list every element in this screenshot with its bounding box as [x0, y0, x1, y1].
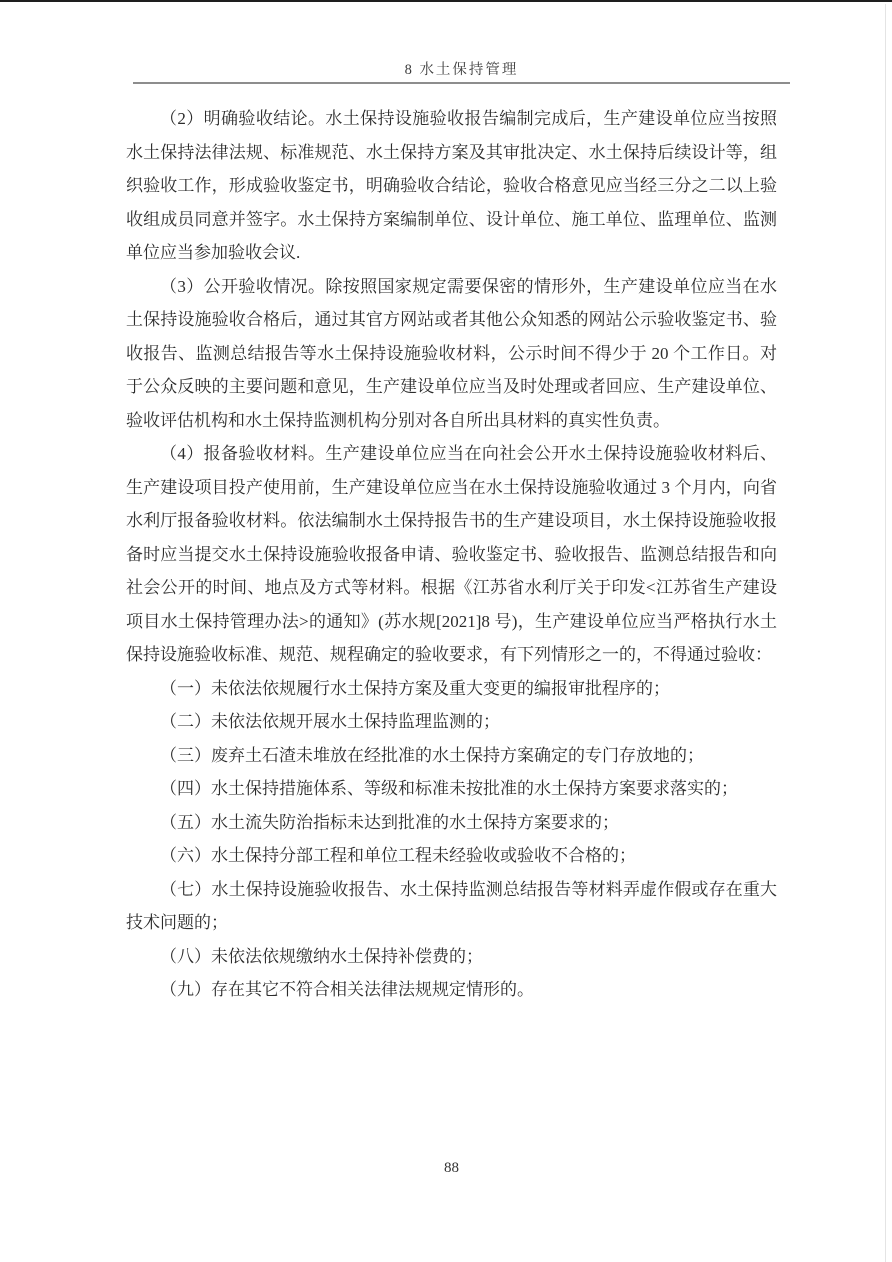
- clause-item-1: （一）未依法依规履行水土保持方案及重大变更的编报审批程序的；: [126, 672, 777, 706]
- clause-item-2: （二）未依法依规开展水土保持监理监测的；: [126, 705, 777, 739]
- clause-item-5: （五）水土流失防治指标未达到批准的水土保持方案要求的；: [126, 806, 777, 840]
- paragraph-2-acceptance-conclusion: （2）明确验收结论。水土保持设施验收报告编制完成后，生产建设单位应当按照水土保持…: [126, 102, 777, 270]
- clause-item-4: （四）水土保持措施体系、等级和标准未按批准的水土保持方案要求落实的；: [126, 772, 777, 806]
- header-rule: [133, 82, 790, 84]
- clause-item-7: （七）水土保持设施验收报告、水土保持监测总结报告等材料弄虚作假或存在重大技术问题…: [126, 873, 777, 940]
- running-header-title: 8 水土保持管理: [133, 61, 790, 79]
- scan-edge-line: [885, 4, 886, 1262]
- page-number: 88: [126, 1160, 777, 1177]
- clause-item-9: （九）存在其它不符合相关法律法规规定情形的。: [126, 973, 777, 1007]
- paragraph-4-filing-materials: （4）报备验收材料。生产建设单位应当在向社会公开水土保持设施验收材料后、生产建设…: [126, 437, 777, 672]
- paragraph-3-public-disclosure: （3）公开验收情况。除按照国家规定需要保密的情形外，生产建设单位应当在水土保持设…: [126, 270, 777, 438]
- clause-item-6: （六）水土保持分部工程和单位工程未经验收或验收不合格的；: [126, 839, 777, 873]
- document-body: （2）明确验收结论。水土保持设施验收报告编制完成后，生产建设单位应当按照水土保持…: [126, 102, 777, 1007]
- document-page: 8 水土保持管理 （2）明确验收结论。水土保持设施验收报告编制完成后，生产建设单…: [0, 0, 892, 1262]
- clause-item-3: （三）废弃土石渣未堆放在经批准的水土保持方案确定的专门存放地的；: [126, 739, 777, 773]
- clause-item-8: （八）未依法依规缴纳水土保持补偿费的；: [126, 940, 777, 974]
